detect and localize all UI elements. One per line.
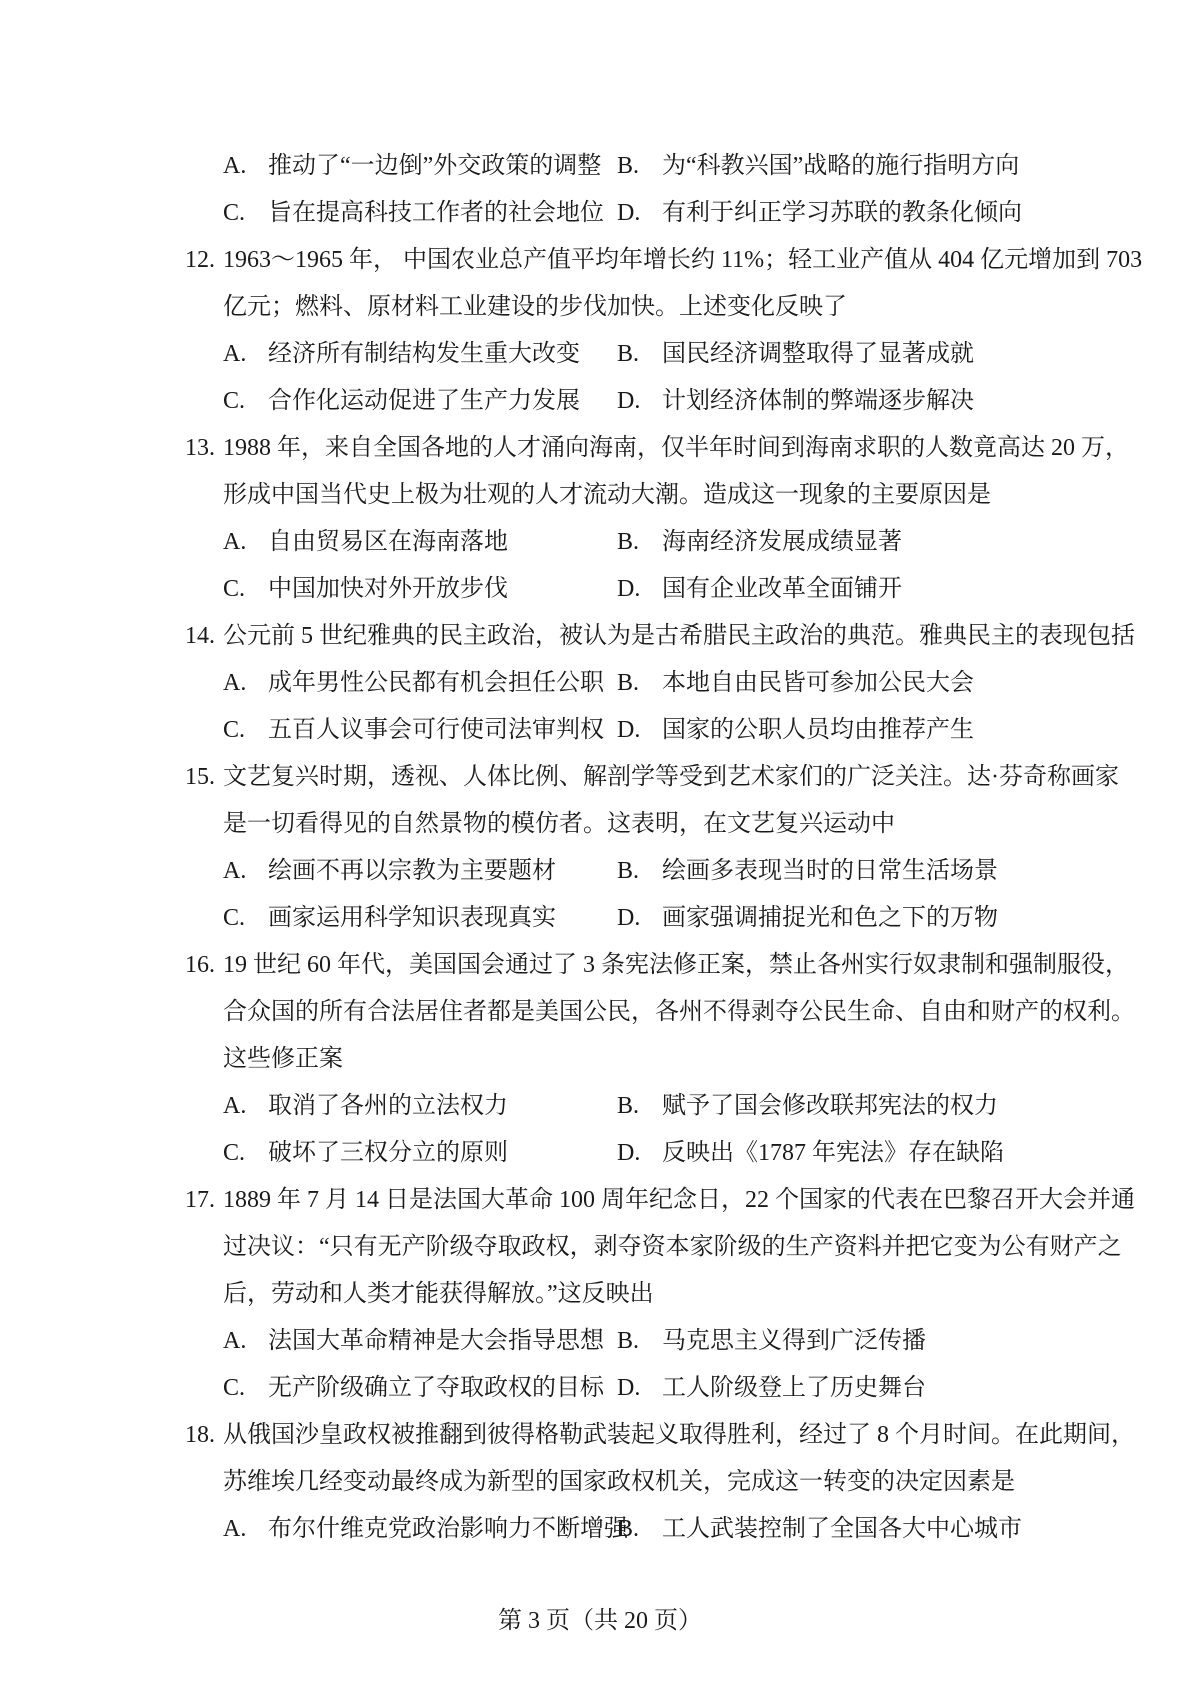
question-block-16: 16.19 世纪 60 年代，美国国会通过了 3 条宪法修正案，禁止各州实行奴隶…	[185, 942, 1115, 1177]
stem-text: 文艺复兴时期，透视、人体比例、解剖学等受到艺术家们的广泛关注。达·芬奇称画家	[223, 764, 1119, 790]
option-letter: A.	[223, 331, 268, 378]
stem-line: 16.19 世纪 60 年代，美国国会通过了 3 条宪法修正案，禁止各州实行奴隶…	[185, 942, 1115, 989]
option-text: 无产阶级确立了夺取政权的目标	[268, 1375, 604, 1401]
option-letter: B.	[617, 519, 662, 566]
stem-text: 合众国的所有合法居住者都是美国公民，各州不得剥夺公民生命、自由和财产的权利。	[223, 999, 1135, 1025]
stem-line: 过决议：“只有无产阶级夺取政权，剥夺资本家阶级的生产资料并把它变为公有财产之	[185, 1224, 1115, 1271]
option-letter: D.	[617, 378, 662, 425]
stem-text: 苏维埃几经变动最终成为新型的国家政权机关，完成这一转变的决定因素是	[223, 1469, 1015, 1495]
question-number: 13.	[185, 425, 223, 472]
option-letter: A.	[223, 848, 268, 895]
option-cell: A.法国大革命精神是大会指导思想	[223, 1318, 617, 1365]
option-letter: A.	[223, 1318, 268, 1365]
question-block-17: 17.1889 年 7 月 14 日是法国大革命 100 周年纪念日，22 个国…	[185, 1177, 1115, 1412]
option-cell: A.经济所有制结构发生重大改变	[223, 331, 617, 378]
option-cell: D.有利于纠正学习苏联的教条化倾向	[617, 190, 1115, 237]
option-cell: B.工人武装控制了全国各大中心城市	[617, 1506, 1115, 1553]
option-row: A.布尔什维克党政治影响力不断增强 B.工人武装控制了全国各大中心城市	[185, 1506, 1115, 1553]
question-block-11: A.推动了“一边倒”外交政策的调整 B.为“科教兴国”战略的施行指明方向 C.旨…	[185, 143, 1115, 237]
option-letter: C.	[223, 566, 268, 613]
option-text: 工人武装控制了全国各大中心城市	[662, 1516, 1022, 1542]
option-letter: D.	[617, 895, 662, 942]
option-letter: A.	[223, 1506, 268, 1553]
stem-line: 苏维埃几经变动最终成为新型的国家政权机关，完成这一转变的决定因素是	[185, 1459, 1115, 1506]
option-row: A.法国大革命精神是大会指导思想 B.马克思主义得到广泛传播	[185, 1318, 1115, 1365]
option-letter: C.	[223, 707, 268, 754]
option-letter: D.	[617, 566, 662, 613]
stem-text: 1988 年，来自全国各地的人才涌向海南，仅半年时间到海南求职的人数竟高达 20…	[223, 435, 1129, 461]
option-cell: A.取消了各州的立法权力	[223, 1083, 617, 1130]
question-block-13: 13.1988 年，来自全国各地的人才涌向海南，仅半年时间到海南求职的人数竟高达…	[185, 425, 1115, 613]
option-letter: B.	[617, 1506, 662, 1553]
option-cell: A.绘画不再以宗教为主要题材	[223, 848, 617, 895]
option-text: 布尔什维克党政治影响力不断增强	[268, 1516, 628, 1542]
stem-line: 亿元；燃料、原材料工业建设的步伐加快。上述变化反映了	[185, 284, 1115, 331]
option-cell: A.布尔什维克党政治影响力不断增强	[223, 1506, 617, 1553]
stem-text: 过决议：“只有无产阶级夺取政权，剥夺资本家阶级的生产资料并把它变为公有财产之	[223, 1234, 1122, 1260]
question-block-15: 15.文艺复兴时期，透视、人体比例、解剖学等受到艺术家们的广泛关注。达·芬奇称画…	[185, 754, 1115, 942]
option-row: A.自由贸易区在海南落地 B.海南经济发展成绩显著	[185, 519, 1115, 566]
question-block-18: 18.从俄国沙皇政权被推翻到彼得格勒武装起义取得胜利，经过了 8 个月时间。在此…	[185, 1412, 1115, 1553]
stem-text: 后，劳动和人类才能获得解放。”这反映出	[223, 1281, 654, 1307]
stem-text: 亿元；燃料、原材料工业建设的步伐加快。上述变化反映了	[223, 294, 847, 320]
stem-line: 是一切看得见的自然景物的模仿者。这表明，在文艺复兴运动中	[185, 801, 1115, 848]
option-text: 绘画不再以宗教为主要题材	[268, 858, 556, 884]
option-text: 法国大革命精神是大会指导思想	[268, 1328, 604, 1354]
option-letter: C.	[223, 895, 268, 942]
option-letter: B.	[617, 143, 662, 190]
option-cell: C.合作化运动促进了生产力发展	[223, 378, 617, 425]
option-letter: C.	[223, 190, 268, 237]
option-cell: D.国有企业改革全面铺开	[617, 566, 1115, 613]
option-letter: A.	[223, 143, 268, 190]
option-text: 国有企业改革全面铺开	[662, 576, 902, 602]
question-number: 16.	[185, 942, 223, 989]
option-letter: B.	[617, 1083, 662, 1130]
option-letter: D.	[617, 190, 662, 237]
exam-body: A.推动了“一边倒”外交政策的调整 B.为“科教兴国”战略的施行指明方向 C.旨…	[185, 143, 1115, 1553]
option-row: C.合作化运动促进了生产力发展 D.计划经济体制的弊端逐步解决	[185, 378, 1115, 425]
option-text: 取消了各州的立法权力	[268, 1093, 508, 1119]
option-text: 中国加快对外开放步伐	[268, 576, 508, 602]
option-cell: C.破坏了三权分立的原则	[223, 1130, 617, 1177]
option-text: 破坏了三权分立的原则	[268, 1140, 508, 1166]
option-text: 有利于纠正学习苏联的教条化倾向	[662, 200, 1022, 226]
option-text: 合作化运动促进了生产力发展	[268, 388, 580, 414]
option-cell: B.国民经济调整取得了显著成就	[617, 331, 1115, 378]
option-letter: B.	[617, 660, 662, 707]
stem-line: 合众国的所有合法居住者都是美国公民，各州不得剥夺公民生命、自由和财产的权利。	[185, 989, 1115, 1036]
stem-text: 1889 年 7 月 14 日是法国大革命 100 周年纪念日，22 个国家的代…	[223, 1187, 1135, 1213]
stem-text: 是一切看得见的自然景物的模仿者。这表明，在文艺复兴运动中	[223, 811, 895, 837]
option-letter: A.	[223, 519, 268, 566]
stem-line: 后，劳动和人类才能获得解放。”这反映出	[185, 1271, 1115, 1318]
option-cell: D.画家强调捕捉光和色之下的万物	[617, 895, 1115, 942]
option-text: 自由贸易区在海南落地	[268, 529, 508, 555]
option-row: A.取消了各州的立法权力 B.赋予了国会修改联邦宪法的权力	[185, 1083, 1115, 1130]
stem-line: 17.1889 年 7 月 14 日是法国大革命 100 周年纪念日，22 个国…	[185, 1177, 1115, 1224]
question-block-12: 12.1963～1965 年， 中国农业总产值平均年增长约 11%；轻工业产值从…	[185, 237, 1115, 425]
stem-line: 12.1963～1965 年， 中国农业总产值平均年增长约 11%；轻工业产值从…	[185, 237, 1115, 284]
option-row: C.无产阶级确立了夺取政权的目标 D.工人阶级登上了历史舞台	[185, 1365, 1115, 1412]
option-row: C.五百人议事会可行使司法审判权 D.国家的公职人员均由推荐产生	[185, 707, 1115, 754]
option-text: 马克思主义得到广泛传播	[662, 1328, 926, 1354]
option-text: 画家运用科学知识表现真实	[268, 905, 556, 931]
option-letter: A.	[223, 660, 268, 707]
option-text: 推动了“一边倒”外交政策的调整	[268, 153, 601, 179]
stem-line: 13.1988 年，来自全国各地的人才涌向海南，仅半年时间到海南求职的人数竟高达…	[185, 425, 1115, 472]
stem-text: 形成中国当代史上极为壮观的人才流动大潮。造成这一现象的主要原因是	[223, 482, 991, 508]
option-cell: C.无产阶级确立了夺取政权的目标	[223, 1365, 617, 1412]
option-row: A.成年男性公民都有机会担任公职 B.本地自由民皆可参加公民大会	[185, 660, 1115, 707]
option-cell: C.中国加快对外开放步伐	[223, 566, 617, 613]
option-cell: B.本地自由民皆可参加公民大会	[617, 660, 1115, 707]
option-cell: B.赋予了国会修改联邦宪法的权力	[617, 1083, 1115, 1130]
option-text: 为“科教兴国”战略的施行指明方向	[662, 153, 1019, 179]
question-number: 14.	[185, 613, 223, 660]
option-cell: A.自由贸易区在海南落地	[223, 519, 617, 566]
option-row: C.破坏了三权分立的原则 D.反映出《1787 年宪法》存在缺陷	[185, 1130, 1115, 1177]
stem-text: 公元前 5 世纪雅典的民主政治，被认为是古希腊民主政治的典范。雅典民主的表现包括	[223, 623, 1135, 649]
option-cell: D.计划经济体制的弊端逐步解决	[617, 378, 1115, 425]
option-text: 旨在提高科技工作者的社会地位	[268, 200, 604, 226]
option-text: 经济所有制结构发生重大改变	[268, 341, 580, 367]
option-cell: B.海南经济发展成绩显著	[617, 519, 1115, 566]
stem-line: 这些修正案	[185, 1036, 1115, 1083]
option-letter: C.	[223, 378, 268, 425]
option-letter: A.	[223, 1083, 268, 1130]
option-letter: D.	[617, 707, 662, 754]
option-cell: C.画家运用科学知识表现真实	[223, 895, 617, 942]
option-text: 五百人议事会可行使司法审判权	[268, 717, 604, 743]
stem-text: 这些修正案	[223, 1046, 343, 1072]
stem-text: 19 世纪 60 年代，美国国会通过了 3 条宪法修正案，禁止各州实行奴隶制和强…	[223, 952, 1129, 978]
question-number: 17.	[185, 1177, 223, 1224]
option-row: C.中国加快对外开放步伐 D.国有企业改革全面铺开	[185, 566, 1115, 613]
option-letter: D.	[617, 1365, 662, 1412]
option-letter: C.	[223, 1130, 268, 1177]
option-row: C.旨在提高科技工作者的社会地位 D.有利于纠正学习苏联的教条化倾向	[185, 190, 1115, 237]
option-letter: B.	[617, 1318, 662, 1365]
exam-page: A.推动了“一边倒”外交政策的调整 B.为“科教兴国”战略的施行指明方向 C.旨…	[0, 0, 1200, 1698]
stem-line: 18.从俄国沙皇政权被推翻到彼得格勒武装起义取得胜利，经过了 8 个月时间。在此…	[185, 1412, 1115, 1459]
option-letter: B.	[617, 331, 662, 378]
option-cell: A.成年男性公民都有机会担任公职	[223, 660, 617, 707]
question-block-14: 14.公元前 5 世纪雅典的民主政治，被认为是古希腊民主政治的典范。雅典民主的表…	[185, 613, 1115, 754]
stem-text: 从俄国沙皇政权被推翻到彼得格勒武装起义取得胜利，经过了 8 个月时间。在此期间，	[223, 1422, 1135, 1448]
question-number: 15.	[185, 754, 223, 801]
option-letter: B.	[617, 848, 662, 895]
option-text: 国民经济调整取得了显著成就	[662, 341, 974, 367]
option-letter: C.	[223, 1365, 268, 1412]
stem-line: 15.文艺复兴时期，透视、人体比例、解剖学等受到艺术家们的广泛关注。达·芬奇称画…	[185, 754, 1115, 801]
option-text: 计划经济体制的弊端逐步解决	[662, 388, 974, 414]
option-text: 画家强调捕捉光和色之下的万物	[662, 905, 998, 931]
option-row: A.经济所有制结构发生重大改变 B.国民经济调整取得了显著成就	[185, 331, 1115, 378]
option-cell: C.旨在提高科技工作者的社会地位	[223, 190, 617, 237]
page-footer: 第 3 页（共 20 页）	[0, 1598, 1200, 1645]
option-text: 赋予了国会修改联邦宪法的权力	[662, 1093, 998, 1119]
option-text: 绘画多表现当时的日常生活场景	[662, 858, 998, 884]
option-text: 国家的公职人员均由推荐产生	[662, 717, 974, 743]
option-cell: B.马克思主义得到广泛传播	[617, 1318, 1115, 1365]
option-text: 工人阶级登上了历史舞台	[662, 1375, 926, 1401]
option-cell: B.绘画多表现当时的日常生活场景	[617, 848, 1115, 895]
stem-text: 1963～1965 年， 中国农业总产值平均年增长约 11%；轻工业产值从 40…	[223, 247, 1142, 273]
option-letter: D.	[617, 1130, 662, 1177]
option-row: A.推动了“一边倒”外交政策的调整 B.为“科教兴国”战略的施行指明方向	[185, 143, 1115, 190]
stem-line: 形成中国当代史上极为壮观的人才流动大潮。造成这一现象的主要原因是	[185, 472, 1115, 519]
stem-line: 14.公元前 5 世纪雅典的民主政治，被认为是古希腊民主政治的典范。雅典民主的表…	[185, 613, 1115, 660]
option-cell: D.工人阶级登上了历史舞台	[617, 1365, 1115, 1412]
option-cell: C.五百人议事会可行使司法审判权	[223, 707, 617, 754]
option-text: 本地自由民皆可参加公民大会	[662, 670, 974, 696]
option-text: 成年男性公民都有机会担任公职	[268, 670, 604, 696]
question-number: 12.	[185, 237, 223, 284]
option-cell: B.为“科教兴国”战略的施行指明方向	[617, 143, 1115, 190]
question-number: 18.	[185, 1412, 223, 1459]
option-cell: D.国家的公职人员均由推荐产生	[617, 707, 1115, 754]
option-cell: D.反映出《1787 年宪法》存在缺陷	[617, 1130, 1115, 1177]
option-row: A.绘画不再以宗教为主要题材 B.绘画多表现当时的日常生活场景	[185, 848, 1115, 895]
option-text: 反映出《1787 年宪法》存在缺陷	[662, 1140, 1004, 1166]
option-text: 海南经济发展成绩显著	[662, 529, 902, 555]
option-row: C.画家运用科学知识表现真实 D.画家强调捕捉光和色之下的万物	[185, 895, 1115, 942]
option-cell: A.推动了“一边倒”外交政策的调整	[223, 143, 617, 190]
